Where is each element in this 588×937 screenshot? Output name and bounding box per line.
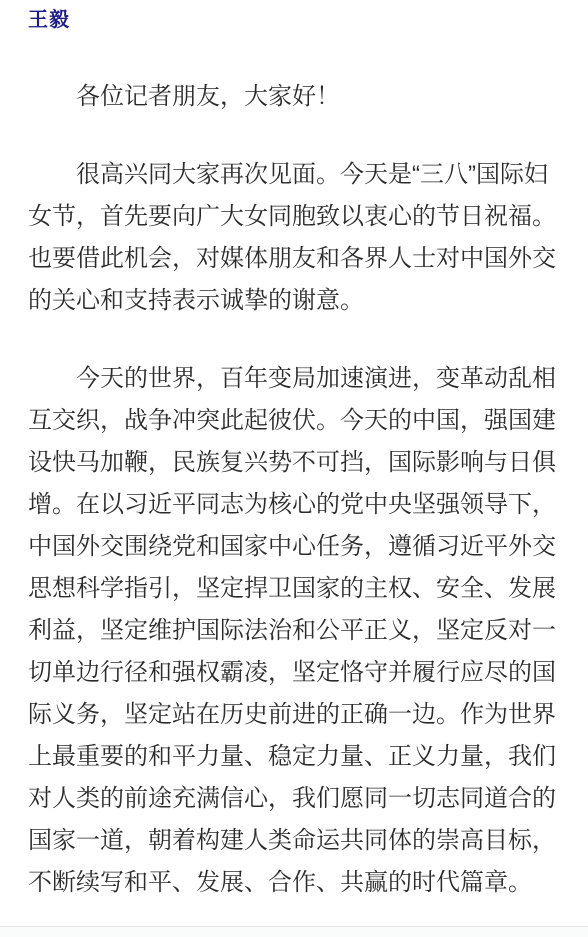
article-body: 王毅 各位记者朋友，大家好！ 很高兴同大家再次见面。今天是“三八”国际妇女节，首…	[0, 0, 588, 904]
bottom-edge-bar	[0, 926, 588, 937]
article-text: 各位记者朋友，大家好！ 很高兴同大家再次见面。今天是“三八”国际妇女节，首先要向…	[28, 76, 560, 904]
article-page: { "page": { "background_color": "#ffffff…	[0, 0, 588, 937]
author-name: 王毅	[28, 8, 560, 32]
paragraph-greeting: 各位记者朋友，大家好！	[28, 76, 560, 118]
paragraph-main-remarks: 今天的世界，百年变局加速演进，变革动乱相互交织，战争冲突此起彼伏。今天的中国，强…	[28, 358, 560, 904]
paragraph-festival-greeting: 很高兴同大家再次见面。今天是“三八”国际妇女节，首先要向广大女同胞致以衷心的节日…	[28, 154, 560, 322]
